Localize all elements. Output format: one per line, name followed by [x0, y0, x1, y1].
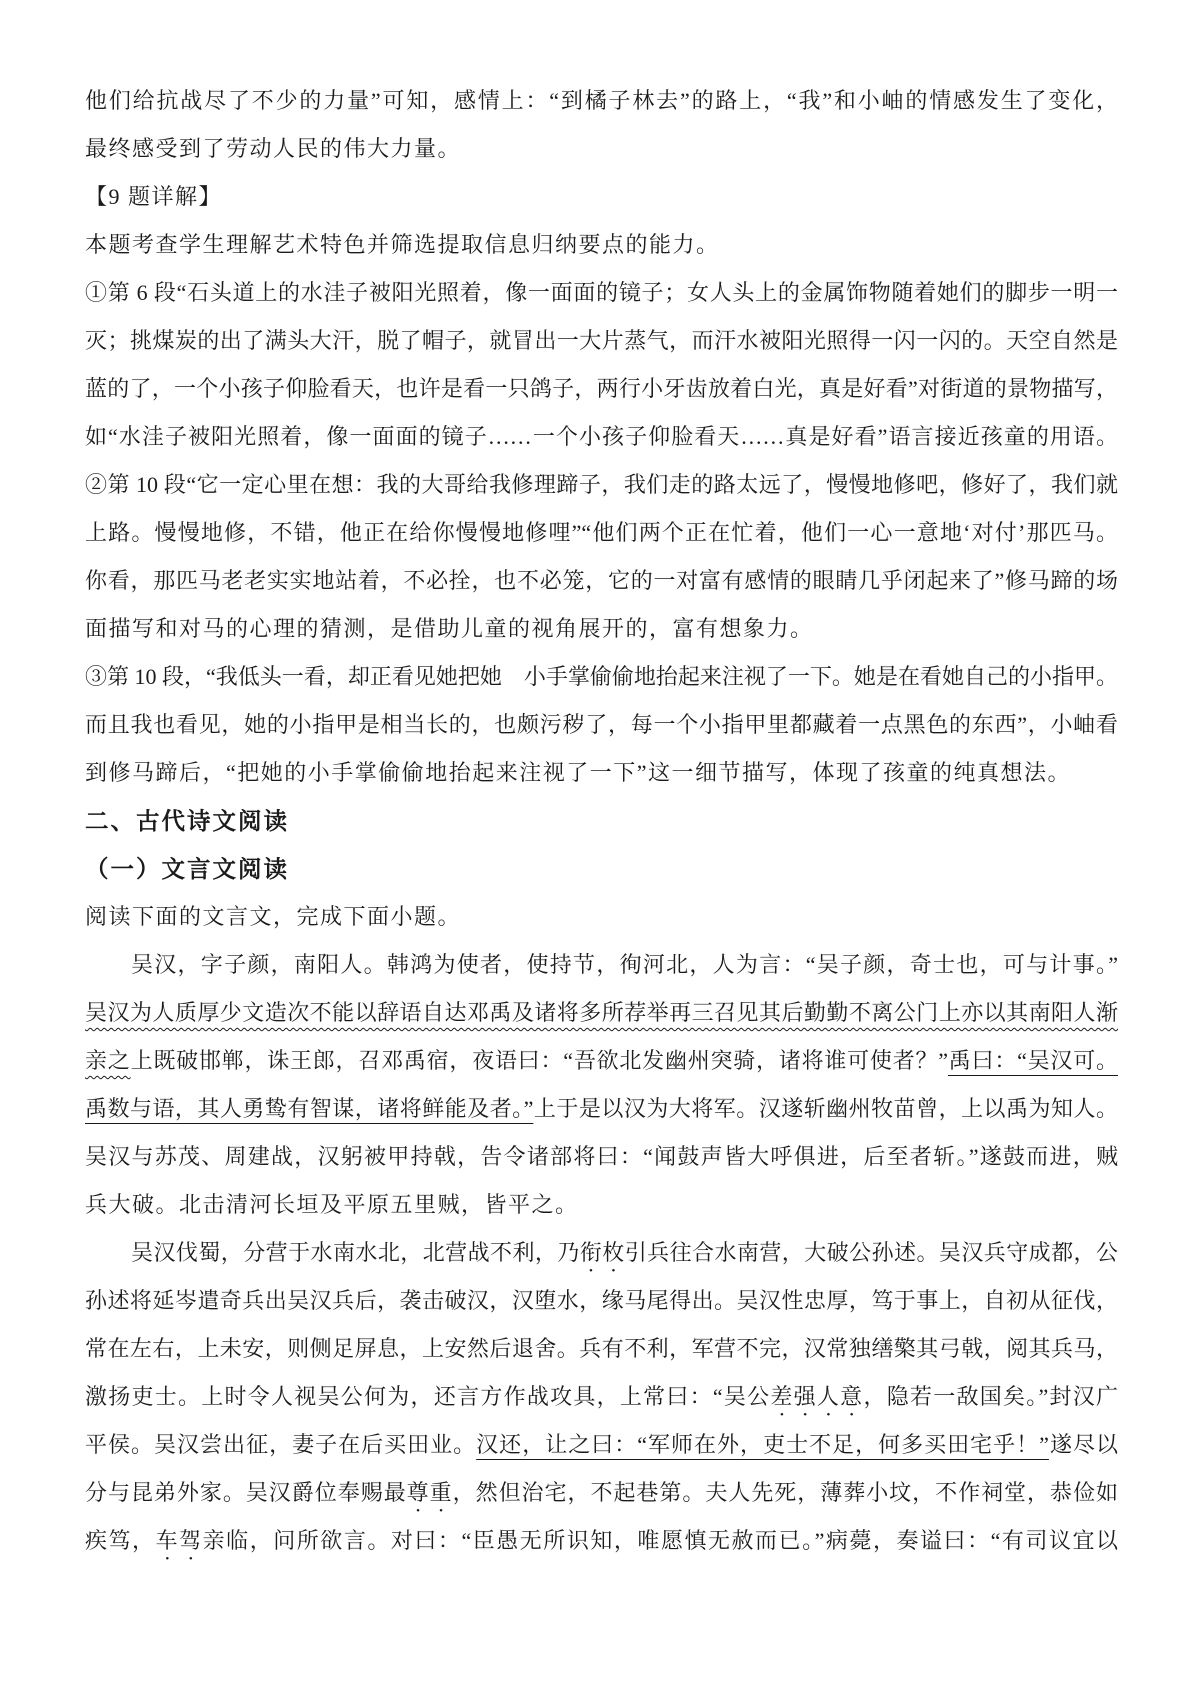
text-segment: 引兵往合水南营，大破公孙述。吴汉兵守成都，公: [625, 1240, 1118, 1265]
wavy-underlined-segment: 吴汉为人质厚少文造次不能以辞语自达邓禹及诸将多所荐举再三召见其后勤勤不离公门上亦…: [85, 1000, 1118, 1025]
text-line: 阅读下面的文言文，完成下面小题。: [85, 893, 1118, 941]
text-line: ②第 10 段“它一定心里在想：我的大哥给我修理蹄子，我们走的路太远了，慢慢地修…: [85, 461, 1118, 509]
text-segment: 吴汉伐蜀，分营于水南水北，北营战不利，乃: [131, 1240, 580, 1265]
text-line: 分与昆弟外家。吴汉爵位奉赐最尊重，然但治宅，不起巷第。夫人先死，薄葬小坟，不作祠…: [85, 1469, 1118, 1517]
text-line: 吴汉与苏茂、周建战，汉躬被甲持戟，告令诸部将曰：“闻鼓声皆大呼俱进，后至者斩。”…: [85, 1133, 1118, 1181]
text-segment: ，隐若一敌国矣。”封汉广: [863, 1384, 1118, 1409]
text-segment: 激扬吏士。上时令人视吴公何为，还言方作战攻具，上常曰：“吴公: [85, 1384, 770, 1409]
text-segment: 平侯。吴汉尝出征，妻子在后买田业。: [85, 1432, 476, 1457]
text-line: 最终感受到了劳动人民的伟大力量。: [85, 125, 1118, 173]
text-segment: 上于是以汉为大将军。汉遂斩幽州牧苗曾，上以禹为知人。: [533, 1096, 1118, 1121]
text-segment: 面描写和对马的心理的猜测，是借助儿童的视角展开的，富有想象力。: [85, 616, 814, 641]
text-segment: 分与昆弟外家。吴汉爵位奉赐最: [85, 1480, 407, 1505]
wavy-underlined-segment: 亲之: [85, 1048, 131, 1073]
text-line: 而且我也看见，她的小指甲是相当长的，也颇污秽了，每一个小指甲里都藏着一点黑色的东…: [85, 701, 1118, 749]
section-heading: （一）文言文阅读: [85, 845, 1118, 893]
text-segment: ①第 6 段“石头道上的水洼子被阳光照着，像一面面的镜子；女人头上的金属饰物随着…: [85, 280, 1118, 305]
underlined-segment: 禹曰：“吴汉可。: [948, 1048, 1118, 1073]
text-line: ③第 10 段，“我低头一看，却正看见她把她 小手掌偷偷地抬起来注视了一下。她是…: [85, 653, 1118, 701]
emphasis-dots-segment: 车驾: [156, 1528, 203, 1553]
text-segment: 上路。慢慢地修，不错，他正在给你慢慢地修哩”“他们两个正在忙着，他们一心一意地‘…: [85, 520, 1118, 545]
text-line: 上路。慢慢地修，不错，他正在给你慢慢地修哩”“他们两个正在忙着，他们一心一意地‘…: [85, 509, 1118, 557]
text-segment: 吴汉，字子颜，南阳人。韩鸿为使者，使持节，徇河北，人为言：“吴子颜，奇士也，可与…: [131, 952, 1118, 977]
text-line: ①第 6 段“石头道上的水洼子被阳光照着，像一面面的镜子；女人头上的金属饰物随着…: [85, 269, 1118, 317]
text-segment: 本题考查学生理解艺术特色并筛选提取信息归纳要点的能力。: [85, 232, 720, 257]
text-line: 到修马蹄后，“把她的小手掌偷偷地抬起来注视了一下”这一细节描写，体现了孩童的纯真…: [85, 749, 1118, 797]
text-line: 常在左右，上未安，则侧足屏息，上安然后退舍。兵有不利，军营不完，汉常独缮檠其弓戟…: [85, 1325, 1118, 1373]
text-line: 你看，那匹马老老实实地站着，不必拴，也不必笼，它的一对富有感情的眼睛几乎闭起来了…: [85, 557, 1118, 605]
text-segment: 阅读下面的文言文，完成下面小题。: [85, 904, 461, 929]
document-page: 他们给抗战尽了不少的力量”可知，感情上：“到橘子林去”的路上，“我”和小岫的情感…: [0, 0, 1200, 1698]
text-segment: 最终感受到了劳动人民的伟大力量。: [85, 136, 461, 161]
text-segment: ③第 10 段，“我低头一看，却正看见她把她 小手掌偷偷地抬起来注视了一下。她是…: [85, 664, 1118, 689]
text-line: 吴汉伐蜀，分营于水南水北，北营战不利，乃衔枚引兵往合水南营，大破公孙述。吴汉兵守…: [85, 1229, 1118, 1277]
text-segment: 【9 题详解】: [85, 184, 222, 209]
section-heading: 二、古代诗文阅读: [85, 797, 1118, 845]
text-line: 禹数与语，其人勇鸷有智谋，诸将鲜能及者。”上于是以汉为大将军。汉遂斩幽州牧苗曾，…: [85, 1085, 1118, 1133]
text-segment: 吴汉与苏茂、周建战，汉躬被甲持戟，告令诸部将曰：“闻鼓声皆大呼俱进，后至者斩。”…: [85, 1144, 1118, 1169]
underlined-segment: 汉还，让之曰：“军师在外，吏士不足，何多买田宅乎！”: [476, 1432, 1049, 1457]
text-segment: 他们给抗战尽了不少的力量”可知，感情上：“到橘子林去”的路上，“我”和小岫的情感…: [85, 88, 1118, 113]
text-segment: 蓝的了，一个小孩子仰脸看天，也许是看一只鸽子，两行小牙齿放着白光，真是好看”对街…: [85, 376, 1118, 401]
text-segment: 亲临，问所欲言。对曰：“臣愚无所识知，唯愿慎无赦而已。”病薨，奏谥曰：“有司议宜…: [203, 1528, 1118, 1553]
text-segment: 上既破邯郸，诛王郎，召邓禹宿，夜语曰：“吾欲北发幽州突骑，诸将谁可使者？”: [131, 1048, 948, 1073]
text-line: 灭；挑煤炭的出了满头大汗，脱了帽子，就冒出一大片蒸气，而汗水被阳光照得一闪一闪的…: [85, 317, 1118, 365]
text-line: 本题考查学生理解艺术特色并筛选提取信息归纳要点的能力。: [85, 221, 1118, 269]
text-line: 激扬吏士。上时令人视吴公何为，还言方作战攻具，上常曰：“吴公差强人意，隐若一敌国…: [85, 1373, 1118, 1421]
underlined-segment: 禹数与语，其人勇鸷有智谋，诸将鲜能及者。”: [85, 1096, 533, 1121]
text-segment: 孙述将延岑遣奇兵出吴汉兵后，袭击破汉，汉堕水，缘马尾得出。吴汉性忠厚，笃于事上，…: [85, 1288, 1118, 1313]
text-line: 孙述将延岑遣奇兵出吴汉兵后，袭击破汉，汉堕水，缘马尾得出。吴汉性忠厚，笃于事上，…: [85, 1277, 1118, 1325]
text-segment: 常在左右，上未安，则侧足屏息，上安然后退舍。兵有不利，军营不完，汉常独缮檠其弓戟…: [85, 1336, 1118, 1361]
text-line: 吴汉，字子颜，南阳人。韩鸿为使者，使持节，徇河北，人为言：“吴子颜，奇士也，可与…: [85, 941, 1118, 989]
text-segment: 遂尽以: [1049, 1432, 1118, 1457]
emphasis-dots-segment: 衔枚: [580, 1240, 625, 1265]
text-segment: 如“水洼子被阳光照着，像一面面的镜子……一个小孩子仰脸看天……真是好看”语言接近…: [85, 424, 1118, 449]
text-line: 【9 题详解】: [85, 173, 1118, 221]
text-segment: 而且我也看见，她的小指甲是相当长的，也颇污秽了，每一个小指甲里都藏着一点黑色的东…: [85, 712, 1118, 737]
text-segment: 灭；挑煤炭的出了满头大汗，脱了帽子，就冒出一大片蒸气，而汗水被阳光照得一闪一闪的…: [85, 328, 1118, 353]
text-line: 疾笃，车驾亲临，问所欲言。对曰：“臣愚无所识知，唯愿慎无赦而已。”病薨，奏谥曰：…: [85, 1517, 1118, 1565]
text-segment: 疾笃，: [85, 1528, 156, 1553]
text-line: 如“水洼子被阳光照着，像一面面的镜子……一个小孩子仰脸看天……真是好看”语言接近…: [85, 413, 1118, 461]
text-segment: 二、古代诗文阅读: [85, 808, 289, 834]
text-line: 兵大破。北击清河长垣及平原五里贼，皆平之。: [85, 1181, 1118, 1229]
text-line: 亲之上既破邯郸，诛王郎，召邓禹宿，夜语曰：“吾欲北发幽州突骑，诸将谁可使者？”禹…: [85, 1037, 1118, 1085]
text-line: 面描写和对马的心理的猜测，是借助儿童的视角展开的，富有想象力。: [85, 605, 1118, 653]
text-line: 吴汉为人质厚少文造次不能以辞语自达邓禹及诸将多所荐举再三召见其后勤勤不离公门上亦…: [85, 989, 1118, 1037]
text-line: 平侯。吴汉尝出征，妻子在后买田业。汉还，让之曰：“军师在外，吏士不足，何多买田宅…: [85, 1421, 1118, 1469]
text-segment: （一）文言文阅读: [85, 856, 289, 882]
emphasis-dots-segment: 尊重: [407, 1480, 453, 1505]
text-line: 他们给抗战尽了不少的力量”可知，感情上：“到橘子林去”的路上，“我”和小岫的情感…: [85, 77, 1118, 125]
text-segment: ②第 10 段“它一定心里在想：我的大哥给我修理蹄子，我们走的路太远了，慢慢地修…: [85, 472, 1118, 497]
text-line: 蓝的了，一个小孩子仰脸看天，也许是看一只鸽子，两行小牙齿放着白光，真是好看”对街…: [85, 365, 1118, 413]
text-segment: 兵大破。北击清河长垣及平原五里贼，皆平之。: [85, 1192, 579, 1217]
text-segment: 你看，那匹马老老实实地站着，不必拴，也不必笼，它的一对富有感情的眼睛几乎闭起来了…: [85, 568, 1118, 593]
emphasis-dots-segment: 差强人意: [770, 1384, 863, 1409]
text-segment: 到修马蹄后，“把她的小手掌偷偷地抬起来注视了一下”这一细节描写，体现了孩童的纯真…: [85, 760, 1071, 785]
